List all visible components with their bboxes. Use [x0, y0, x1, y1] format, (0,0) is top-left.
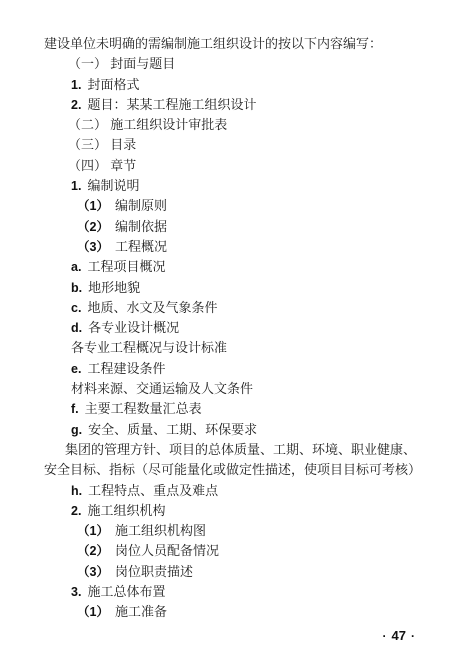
line-marker: （1）: [77, 199, 109, 213]
line-text: （二） 施工组织设计审批表: [68, 117, 227, 132]
text-line: （2）岗位人员配备情况: [77, 541, 434, 561]
text-line: （3）工程概况: [77, 237, 434, 257]
line-text: 题目：某某工程施工组织设计: [87, 97, 256, 112]
text-line: b.地形地貌: [71, 278, 434, 298]
text-line: h.工程特点、重点及难点: [71, 481, 434, 501]
line-marker: a.: [71, 260, 81, 274]
document-page: 建设单位未明确的需编制施工组织设计的按以下内容编写：（一） 封面与题目1.封面格…: [0, 0, 472, 669]
line-text: 施工组织机构图: [115, 523, 206, 538]
text-line: （3）岗位职责描述: [77, 562, 434, 582]
line-marker: 2.: [71, 504, 81, 518]
line-text: 编制依据: [115, 219, 167, 234]
page-number: ·47·: [383, 628, 415, 644]
line-text: 工程项目概况: [87, 259, 165, 274]
text-line: （2）编制依据: [77, 217, 434, 237]
text-line: 1.封面格式: [71, 75, 434, 95]
text-line: 各专业工程概况与设计标准: [71, 338, 434, 358]
line-text: 建设单位未明确的需编制施工组织设计的按以下内容编写：: [44, 36, 382, 51]
page-number-value: 47: [392, 628, 406, 643]
line-text: 各专业工程概况与设计标准: [71, 340, 227, 355]
text-line: （二） 施工组织设计审批表: [68, 115, 434, 135]
line-text: 地质、水文及气象条件: [87, 300, 217, 315]
line-text: 地形地貌: [88, 280, 140, 295]
line-marker: e.: [71, 362, 81, 376]
text-line: 材料来源、交通运输及人文条件: [71, 379, 434, 399]
line-marker: b.: [71, 281, 82, 295]
line-text: 集团的管理方针、项目的总体质量、工期、环境、职业健康、: [65, 442, 416, 457]
line-marker: （3）: [77, 565, 109, 579]
text-line: 建设单位未明确的需编制施工组织设计的按以下内容编写：: [44, 34, 434, 54]
text-line: 2.施工组织机构: [71, 501, 434, 521]
line-marker: （2）: [77, 544, 109, 558]
line-text: 岗位职责描述: [115, 564, 193, 579]
line-text: 施工准备: [115, 604, 167, 619]
text-line: 安全目标、指标（尽可能量化或做定性描述，使项目目标可考核）: [44, 460, 434, 480]
page-number-dot: ·: [411, 629, 415, 643]
line-marker: f.: [71, 402, 79, 416]
line-text: 工程特点、重点及难点: [88, 483, 218, 498]
text-line: 3.施工总体布置: [71, 582, 434, 602]
line-text: 封面格式: [87, 77, 139, 92]
line-text: 编制原则: [115, 198, 167, 213]
line-marker: 1.: [71, 179, 81, 193]
line-marker: （3）: [77, 240, 109, 254]
line-text: 施工组织机构: [87, 503, 165, 518]
text-line: （1）施工组织机构图: [77, 521, 434, 541]
text-line: （四） 章节: [68, 156, 434, 176]
line-text: 工程建设条件: [87, 361, 165, 376]
line-text: 材料来源、交通运输及人文条件: [71, 381, 253, 396]
line-text: 主要工程数量汇总表: [85, 401, 202, 416]
text-line: e.工程建设条件: [71, 359, 434, 379]
line-marker: h.: [71, 484, 82, 498]
line-marker: 2.: [71, 98, 81, 112]
line-marker: 1.: [71, 78, 81, 92]
line-marker: g.: [71, 423, 82, 437]
line-marker: 3.: [71, 585, 81, 599]
line-text: （四） 章节: [68, 158, 136, 173]
text-line: （一） 封面与题目: [68, 54, 434, 74]
line-marker: （2）: [77, 220, 109, 234]
text-line: g.安全、质量、工期、环保要求: [71, 420, 434, 440]
line-text: 工程概况: [115, 239, 167, 254]
text-line: 集团的管理方针、项目的总体质量、工期、环境、职业健康、: [65, 440, 434, 460]
line-text: （三） 目录: [68, 137, 136, 152]
text-line: c.地质、水文及气象条件: [71, 298, 434, 318]
text-line: （1）施工准备: [77, 602, 434, 622]
text-line: （三） 目录: [68, 135, 434, 155]
text-line: （1）编制原则: [77, 196, 434, 216]
text-line: f.主要工程数量汇总表: [71, 399, 434, 419]
line-text: 各专业设计概况: [88, 320, 179, 335]
line-marker: （1）: [77, 605, 109, 619]
document-text: 建设单位未明确的需编制施工组织设计的按以下内容编写：（一） 封面与题目1.封面格…: [44, 34, 434, 623]
line-marker: c.: [71, 301, 81, 315]
text-line: 1.编制说明: [71, 176, 434, 196]
line-text: 施工总体布置: [87, 584, 165, 599]
page-number-dot: ·: [383, 629, 387, 643]
line-text: 安全目标、指标（尽可能量化或做定性描述，使项目目标可考核）: [44, 462, 421, 477]
line-text: 岗位人员配备情况: [115, 543, 219, 558]
line-marker: （1）: [77, 524, 109, 538]
line-text: 编制说明: [87, 178, 139, 193]
line-text: （一） 封面与题目: [68, 56, 175, 71]
text-line: a.工程项目概况: [71, 257, 434, 277]
line-marker: d.: [71, 321, 82, 335]
text-line: 2.题目：某某工程施工组织设计: [71, 95, 434, 115]
line-text: 安全、质量、工期、环保要求: [88, 422, 257, 437]
text-line: d.各专业设计概况: [71, 318, 434, 338]
